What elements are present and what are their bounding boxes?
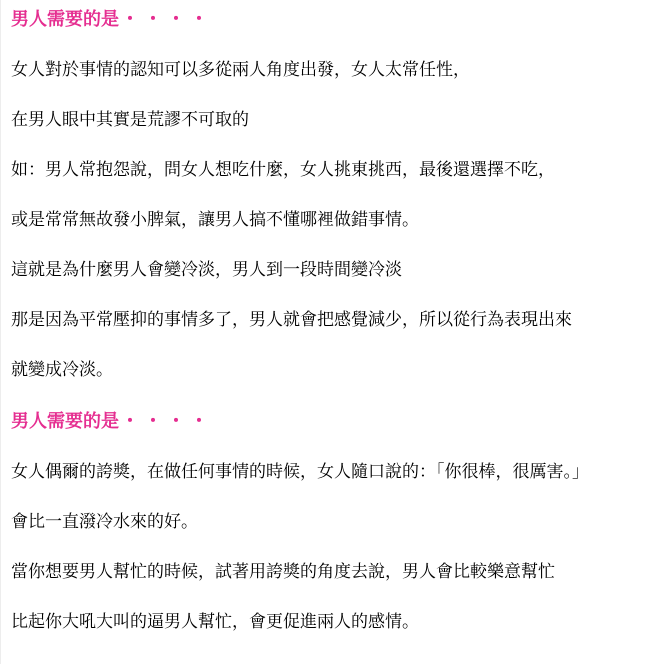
article-body: 男人需要的是・・・・ 女人對於事情的認知可以多從兩人角度出發，女人太常任性， 在… [0,0,654,664]
paragraph: 那是因為平常壓抑的事情多了，男人就會把感覺減少，所以從行為表現出來 [11,311,646,329]
paragraph: 當你想要男人幫忙的時候，試著用誇獎的角度去說，男人會比較樂意幫忙 [11,563,646,581]
paragraph: 就變成冷淡。 [11,361,646,379]
paragraph: 會比一直潑冷水來的好。 [11,513,646,531]
article-section-2: 男人需要的是・・・・ 女人偶爾的誇獎，在做任何事情的時候，女人隨口說的：「你很棒… [11,411,646,631]
paragraph: 女人偶爾的誇獎，在做任何事情的時候，女人隨口說的：「你很棒，很厲害。」 [11,463,646,481]
paragraph: 或是常常無故發小脾氣，讓男人搞不懂哪裡做錯事情。 [11,211,646,229]
section-1-heading: 男人需要的是・・・・ [11,9,646,29]
paragraph: 在男人眼中其實是荒謬不可取的 [11,111,646,129]
paragraph: 女人對於事情的認知可以多從兩人角度出發，女人太常任性， [11,61,646,79]
section-1-heading-dots: ・・・・ [121,9,213,29]
section-2-heading: 男人需要的是・・・・ [11,411,646,431]
section-2-heading-text: 男人需要的是 [11,411,119,431]
paragraph: 比起你大吼大叫的逼男人幫忙，會更促進兩人的感情。 [11,613,646,631]
paragraph: 這就是為什麼男人會變冷淡，男人到一段時間變冷淡 [11,261,646,279]
section-1-heading-text: 男人需要的是 [11,9,119,29]
section-2-heading-dots: ・・・・ [121,411,213,431]
article-section-1: 男人需要的是・・・・ 女人對於事情的認知可以多從兩人角度出發，女人太常任性， 在… [11,9,646,379]
paragraph: 如：男人常抱怨說，問女人想吃什麼，女人挑東挑西，最後還選擇不吃， [11,161,646,179]
